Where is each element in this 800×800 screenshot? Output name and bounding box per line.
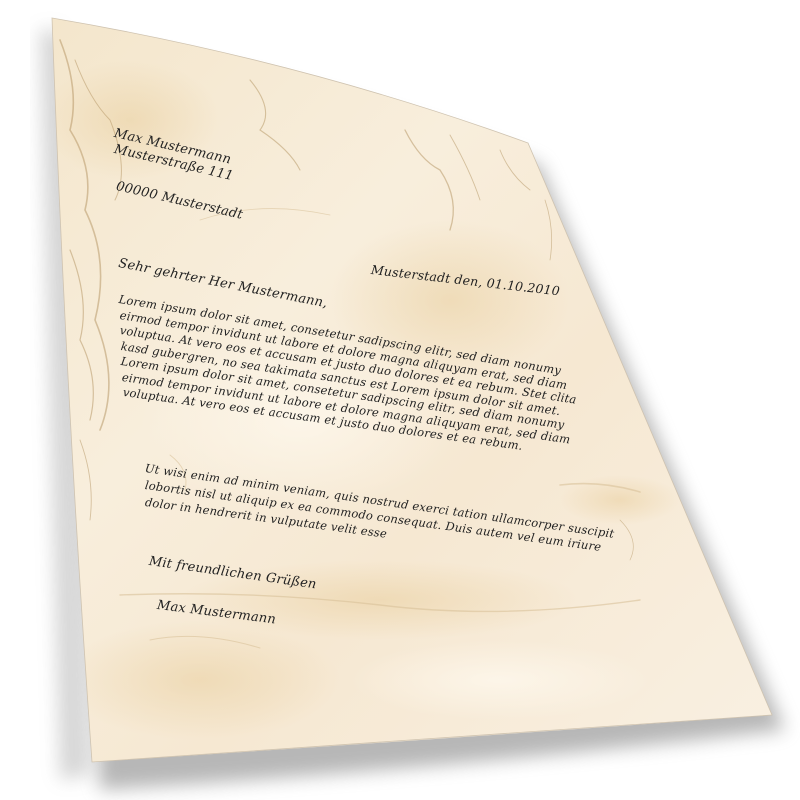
letter-mockup: Max Mustermann Musterstraße 111 00000 Mu… <box>0 0 800 800</box>
